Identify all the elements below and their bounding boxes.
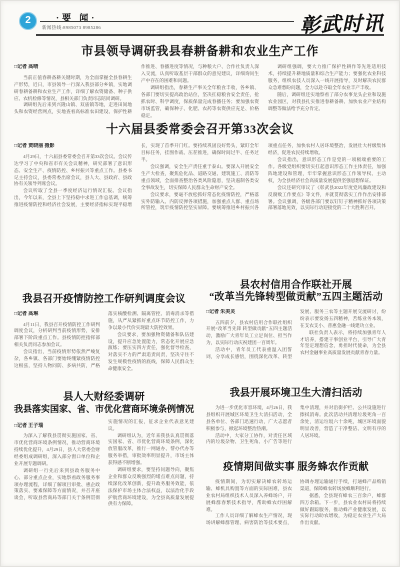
article-epidemic-meeting-byline: □记者 高琳 [14,311,100,319]
article-credit-union-youth-headline-line2: “改革当先锋转型做贡献”五四主题活动 [206,292,386,304]
article-paragraph: 调研组强调，要大力推广保护性耕作等先进适用技术，持续提升耕地质量和综合生产能力；… [268,64,386,92]
news-hotline: 新闻热线:8985073 8985286 [42,25,101,31]
article-paragraph: 为进一步优化市容环境，4月26日，我县组织开展城区环境卫生大清扫活动，全县各单位… [206,405,292,433]
section-title: ·要 闻· [56,11,97,24]
article-paragraph: 为深入了解我县贯彻实施国家、省、市优化营商环境条例情况，推动营商环境持续优化提升… [14,433,100,467]
article-committee-meeting-headline: 十六届县委常委会召开第33次会议 [14,122,386,136]
article-paragraph: 疫情期间，为切实解决蜂农转场运输、蜂机具购置等方面的实际困难，县农业农村局组织技… [206,479,292,513]
article-paragraph: 4月11日，我县召开疫情防控工作研判调度会议，分析研判当前疫情形势，安排部署下阶… [14,322,100,350]
article-committee-meeting: 十六届县委常委会召开第33次会议 □记者 贾晓丽 摄影 4月29日，十六届县委常… [14,122,386,265]
article-paragraph: 会议要求，要加强物资储备和队伍建设，提升应急处置能力，常态化开展应急演练；要压实… [108,332,194,373]
article-paragraph: 调研组要求，要坚持问题导向，聚焦企业和群众反映强烈的堵点难点问题，持续深化改革创… [108,467,194,508]
article-paragraph: 会议指出，意识形态工作是党的一项极端重要的工作。各级党组织要切实扛起意识形态工作… [268,157,386,185]
article-paragraph: 4月29日，十六届县委常委会召开第33次会议。会议传达学习了中央和省市有关会议精… [14,154,132,188]
article-spring-farming-byline: □记者 高晴 [14,64,132,72]
article-beekeeper-service-headline: 疫情期间做实事 服务蜂农作贡献 [206,462,386,474]
article-credit-union-youth-byline: □记者 朱美灵 [206,309,292,317]
article-business-environment: 县人大财经委调研 我县落实国家、省、市优化营商环境条例情况 □记者 王子瑞 为深… [14,392,194,545]
article-beekeeper-service-body: 疫情期间，为切实解决蜂农转场运输、蜂机具购置等方面的实际困难，县农业农村局组织技… [206,479,386,561]
article-epidemic-meeting-headline: 我县召开疫情防控工作研判调度会议 [14,294,194,306]
article-paragraph: 五四前夕，县农村信用合作联社组织开展“改革当先锋 转型做贡献”五四主题活动，激励… [206,320,292,348]
newspaper-page: 2 ·要 闻· 新闻热线:8985073 8985286 彰武时讯 市县领导调研… [0,0,400,567]
article-paragraph: 会议还研究审议了《彰武县2022年度党风廉政建设和反腐败工作要点》等文件，并就贯… [268,185,386,213]
article-epidemic-meeting-body: □记者 高琳 4月11日，我县召开疫情防控工作研判调度会议，分析研判当前疫情形势… [14,311,194,375]
article-paragraph: 随后，调研组还实地察看了部分农事龙头企业和设施农业园区，对我县扎实推进春耕备耕、… [268,92,386,113]
article-credit-union-youth-headline-line1: 县农村信用合作联社开展 [206,280,386,292]
article-credit-union-youth: 县农村信用合作联社开展 “改革当先锋转型做贡献”五四主题活动 □记者 朱美灵 五… [206,280,386,367]
article-spring-farming-body: □记者 高晴 当前正值春耕备耕关键时期，为全面掌握全县春耕生产形势，近日，市县领… [14,64,386,120]
article-business-environment-body: □记者 王子瑞 为深入了解我县贯彻实施国家、省、市优化营商环境条例情况，推动营商… [14,419,194,545]
article-business-environment-headline-line2: 我县落实国家、省、市优化营商环境条例情况 [14,404,194,415]
page-number-badge: 2 [19,12,37,30]
article-paragraph: 调研组指出，春耕生产事关全年粮食丰收，各乡镇、各部门要切实提高政治站位，坚决扛稳… [141,85,259,119]
article-business-environment-headline-line1: 县人大财经委调研 [14,392,194,404]
article-spring-farming-headline: 市县领导调研我县春耕备耕和农业生产工作 [14,44,386,58]
article-sanitation-cleanup-body: 为进一步优化市容环境，4月26日，我县组织开展城区环境卫生大清扫活动，全县各单位… [206,405,386,459]
article-epidemic-meeting: 我县召开疫情防控工作研判调度会议 □记者 高琳 4月11日，我县召开疫情防控工作… [14,284,194,375]
article-beekeeper-service: 疫情期间做实事 服务蜂农作贡献 疫情期间，为切实解决蜂农转场运输、蜂机具购置等方… [206,462,386,561]
article-paragraph: 当前正值春耕备耕关键时期，为全面掌握全县春耕生产形势，近日，市县领导一行深入我县… [14,75,132,103]
article-paragraph: 会议强调，安全生产责任重于泰山。要深入开展安全生产大检查，聚焦危化品、道路交通、… [141,164,259,192]
header-rule-top [40,21,294,22]
article-spring-farming: 市县领导调研我县春耕备耕和农业生产工作 □记者 高晴 当前正值春耕备耕关键时期，… [14,44,386,120]
article-paragraph: 联社负责人表示，将持续加强青年人才培养，搭建干事创业平台，引导广大青年坚定理想信… [300,330,386,358]
article-sanitation-cleanup: 我县开展环境卫生大清扫活动 为进一步优化市容环境，4月26日，我县组织开展城区环… [206,388,386,459]
article-sanitation-cleanup-headline: 我县开展环境卫生大清扫活动 [206,388,386,400]
article-paragraph: 据悉，全县现有蜂农三百余户，蜂群四万余箱。下一步，县农业农村局将持续做好跟踪服务… [300,493,386,527]
article-committee-meeting-byline: □记者 贾晓丽 摄影 [14,143,132,151]
article-business-environment-byline: □记者 王子瑞 [14,423,100,431]
article-committee-meeting-body: □记者 贾晓丽 摄影 4月29日，十六届县委常委会召开第33次会议。会议传达学习… [14,143,386,265]
header-rule-bottom [36,34,384,36]
article-paragraph: 调研组认为，近年来我县认真贯彻落实国家、省、市优化营商环境条例，深化放管服改革，… [108,433,194,467]
article-credit-union-youth-body: □记者 朱美灵 五四前夕，县农村信用合作联社组织开展“改革当先锋 转型做贡献”五… [206,309,386,367]
